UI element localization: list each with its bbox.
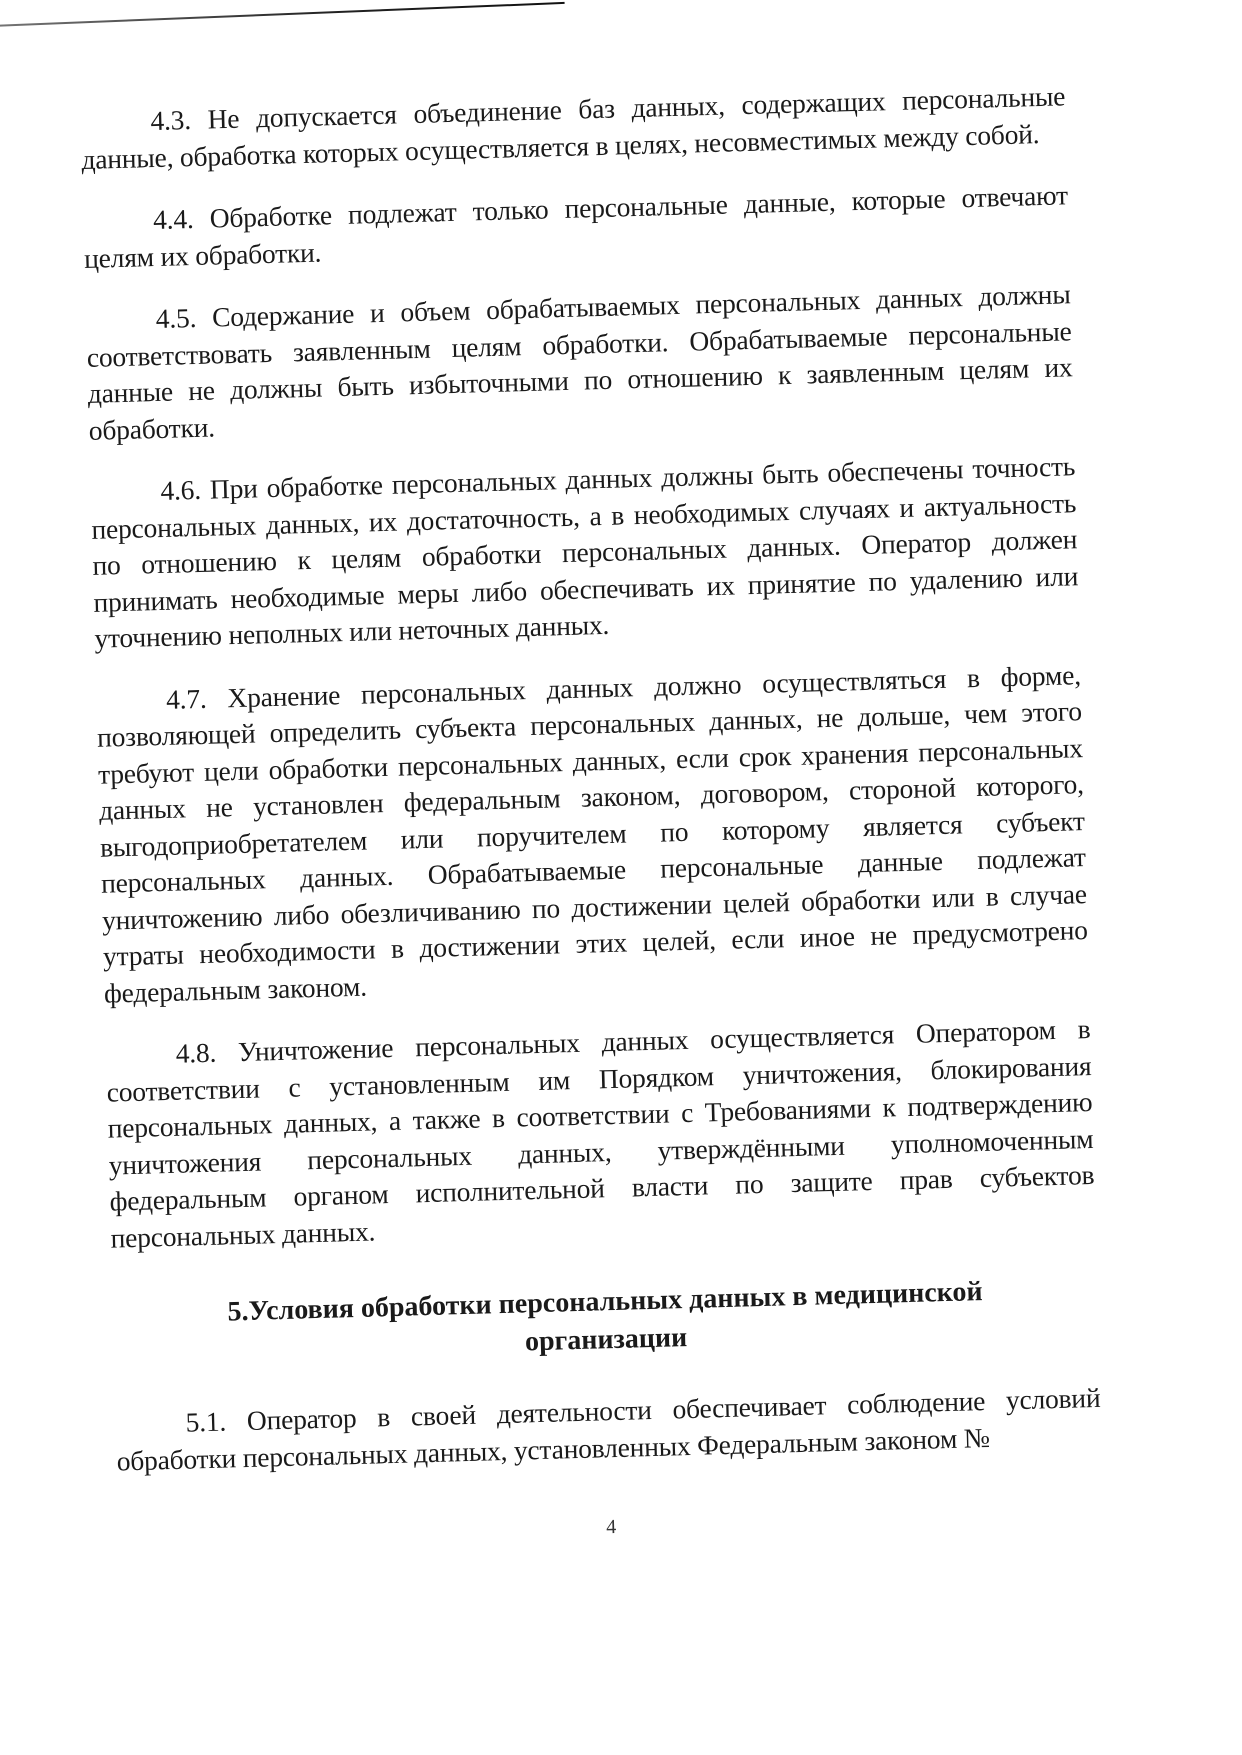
scan-edge-line <box>0 2 565 27</box>
paragraph-4-6: 4.6. При обработке персональных данных д… <box>90 448 1080 657</box>
paragraph-4-8: 4.8. Уничтожение персональных данных осу… <box>105 1011 1096 1257</box>
document-page: 4.3. Не допускается объединение баз данн… <box>80 78 1104 1552</box>
paragraph-4-7: 4.7. Хранение персональных данных должно… <box>96 657 1090 1012</box>
paragraph-5-1: 5.1. Оператор в своей деятельности обесп… <box>115 1380 1102 1480</box>
paragraph-4-4: 4.4. Обработке подлежат только персональ… <box>83 177 1070 277</box>
paragraph-4-3: 4.3. Не допускается объединение баз данн… <box>80 78 1067 178</box>
paragraph-4-5: 4.5. Содержание и объем обрабатываемых п… <box>85 276 1074 449</box>
section-5-heading: 5.Условия обработки персональных данных … <box>112 1270 1099 1373</box>
page-number: 4 <box>119 1503 1104 1553</box>
